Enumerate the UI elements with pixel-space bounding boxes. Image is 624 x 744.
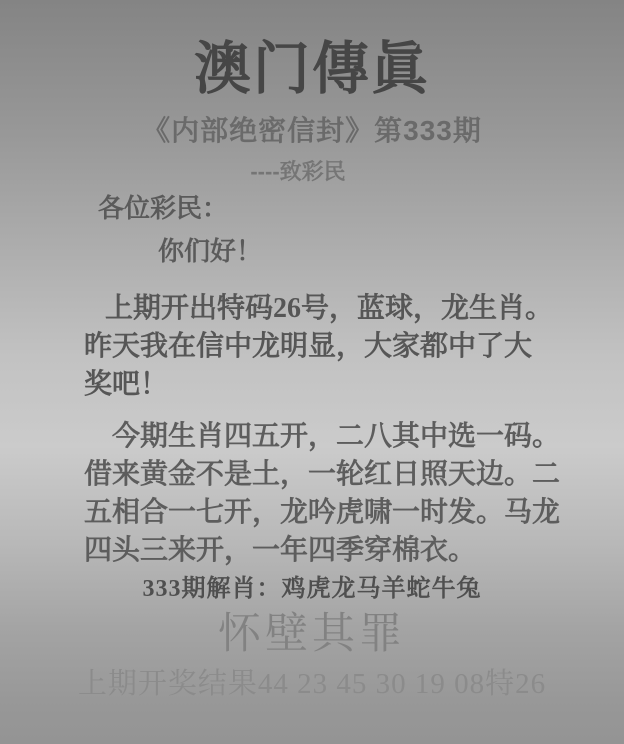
fax-letter-page: 澳门傳眞 《内部绝密信封》第333期 ----致彩民 各位彩民： 你们好！ 上期… [0, 0, 624, 744]
paragraph-line: 四头三来开，一年四季穿棉衣。 [84, 532, 578, 570]
paragraph-line: 借来黄金不是土，一轮红日照天边。二 [84, 456, 578, 494]
dedication-line: ----致彩民 [0, 160, 610, 184]
paragraph-line: 奖吧！ [84, 366, 578, 404]
issue-subtitle: 《内部绝密信封》第333期 [0, 115, 624, 147]
page-title: 澳门傳眞 [0, 0, 624, 102]
paragraph-last-draw: 上期开出特码26号，蓝球，龙生肖。 昨天我在信中龙明显，大家都中了大 奖吧！ [84, 290, 578, 404]
zodiac-solution-line: 333期解肖：鸡虎龙马羊蛇牛兔 [0, 576, 624, 603]
greeting: 你们好！ [158, 237, 624, 266]
salutation: 各位彩民： [98, 194, 624, 223]
idiom-title: 怀壁其罪 [0, 611, 624, 659]
paragraph-tips: 今期生肖四五开，二八其中选一码。 借来黄金不是土，一轮红日照天边。二 五相合一七… [84, 418, 578, 570]
last-draw-results: 上期开奖结果44 23 45 30 19 08特26 [0, 667, 624, 701]
paragraph-line: 五相合一七开，龙吟虎啸一时发。马龙 [84, 494, 578, 532]
paragraph-line: 上期开出特码26号，蓝球，龙生肖。 [84, 290, 578, 328]
paragraph-line: 今期生肖四五开，二八其中选一码。 [84, 418, 578, 456]
paragraph-line: 昨天我在信中龙明显，大家都中了大 [84, 328, 578, 366]
